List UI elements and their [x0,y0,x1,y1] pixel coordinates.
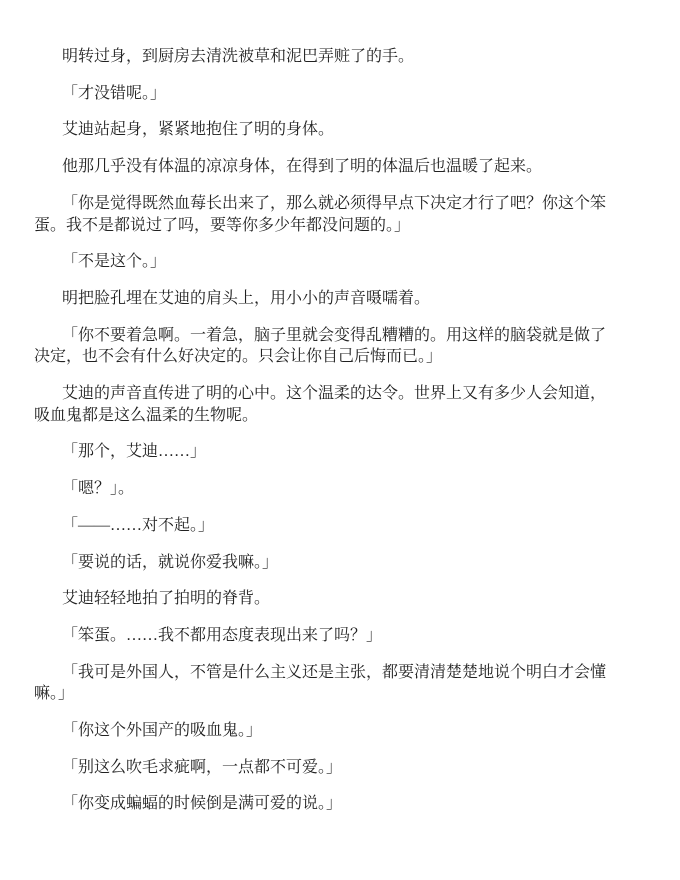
paragraph-dialogue: 「你这个外国产的吸血鬼。」 [34,720,614,742]
paragraph-narration: 明把脸孔埋在艾迪的肩头上，用小小的声音嗫嚅着。 [34,288,614,310]
paragraph-dialogue: 「别这么吹毛求疵啊，一点都不可爱。」 [34,757,614,779]
paragraph-dialogue: 「要说的话，就说你爱我嘛。」 [34,552,614,574]
paragraph-narration: 艾迪站起身，紧紧地抱住了明的身体。 [34,119,614,141]
paragraph-narration: 艾迪轻轻地拍了拍明的脊背。 [34,588,614,610]
paragraph-dialogue: 「你是觉得既然血莓长出来了，那么就必须得早点下决定才行了吧？你这个笨蛋。我不是都… [34,193,614,236]
paragraph-narration: 他那几乎没有体温的凉凉身体，在得到了明的体温后也温暖了起来。 [34,156,614,178]
paragraph-dialogue: 「——……对不起。」 [34,515,614,537]
paragraph-dialogue: 「我可是外国人，不管是什么主义还是主张，都要清清楚楚地说个明白才会懂嘛。」 [34,662,614,705]
paragraph-dialogue: 「不是这个。」 [34,251,614,273]
paragraph-dialogue: 「嗯？」。 [34,478,614,500]
paragraph-dialogue: 「你变成蝙蝠的时候倒是满可爱的说。」 [34,793,614,815]
paragraph-dialogue: 「笨蛋。……我不都用态度表现出来了吗？」 [34,625,614,647]
paragraph-dialogue: 「那个，艾迪……」 [34,441,614,463]
novel-text-page: 明转过身，到厨房去清洗被草和泥巴弄赃了的手。 「才没错呢。」 艾迪站起身，紧紧地… [0,0,680,880]
paragraph-dialogue: 「你不要着急啊。一着急，脑子里就会变得乱糟糟的。用这样的脑袋就是做了决定，也不会… [34,325,614,368]
paragraph-narration: 艾迪的声音直传进了明的心中。这个温柔的达令。世界上又有多少人会知道，吸血鬼都是这… [34,383,614,426]
paragraph-narration: 明转过身，到厨房去清洗被草和泥巴弄赃了的手。 [34,46,614,68]
paragraph-dialogue: 「才没错呢。」 [34,83,614,105]
